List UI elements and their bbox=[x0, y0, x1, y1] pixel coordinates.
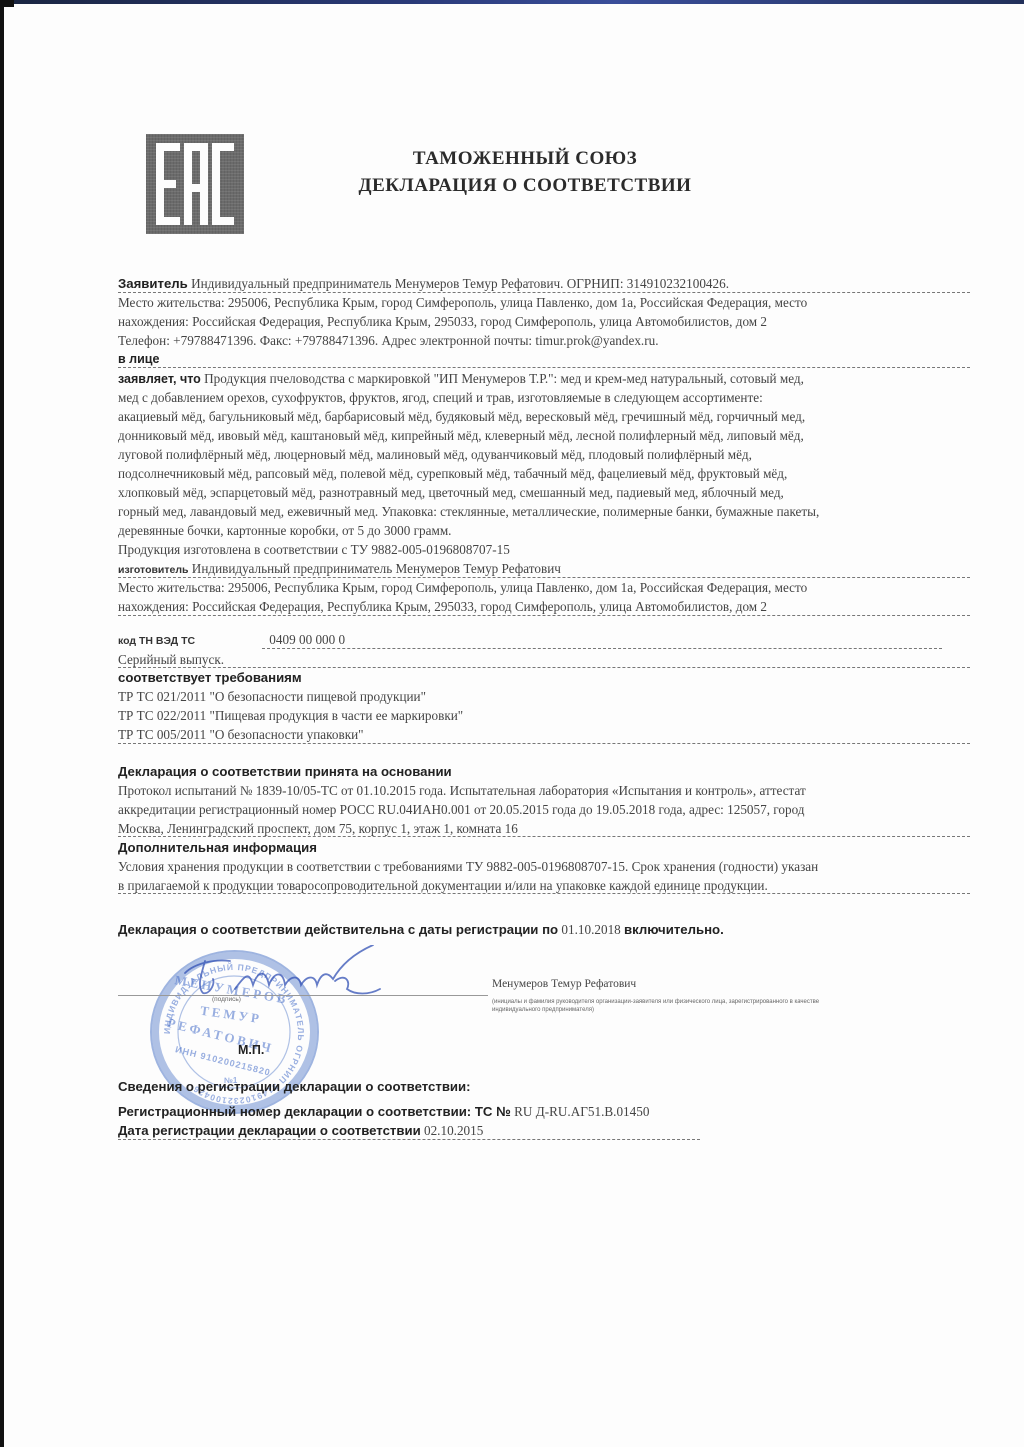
declaration-line-3: донниковый мёд, ивовый мёд, каштановый м… bbox=[118, 426, 804, 445]
registration-number-line: Регистрационный номер декларации о соотв… bbox=[118, 1102, 649, 1121]
applicant-contacts: Телефон: +79788471396. Факс: +7978847139… bbox=[118, 331, 659, 350]
divider bbox=[262, 648, 942, 649]
declaration-line-6: хлопковый мёд, эспарцетовый мёд, разнотр… bbox=[118, 483, 784, 502]
registration-number-value: RU Д-RU.АГ51.В.01450 bbox=[514, 1104, 649, 1119]
registration-heading: Сведения о регистрации декларации о соот… bbox=[118, 1077, 471, 1096]
requirement-item: ТР ТС 005/2011 "О безопасности упаковки" bbox=[118, 725, 364, 744]
registration-date-line: Дата регистрации декларации о соответств… bbox=[118, 1121, 483, 1140]
signer-caption-line1: (инициалы и фамилия руководителя организ… bbox=[492, 998, 819, 1006]
applicant-address-1: Место жительства: 295006, Республика Кры… bbox=[118, 293, 807, 312]
eac-logo-icon bbox=[146, 134, 244, 234]
basis-line-0: Протокол испытаний № 1839-10/05-ТС от 01… bbox=[118, 781, 806, 800]
validity-suffix: включительно. bbox=[624, 922, 724, 937]
applicant-address-2: нахождения: Российская Федерация, Респуб… bbox=[118, 312, 767, 331]
declaration-line-2: акациевый мёд, багульниковый мёд, барбар… bbox=[118, 407, 805, 426]
scan-corner bbox=[0, 0, 14, 7]
registration-date-label: Дата регистрации декларации о соответств… bbox=[118, 1123, 421, 1138]
title-line-customs-union: ТАМОЖЕННЫЙ СОЮЗ bbox=[300, 145, 750, 172]
declaration-line-7: горный мед, лавандовый мед, ежевичный ме… bbox=[118, 502, 819, 521]
validity-date: 01.10.2018 bbox=[561, 922, 620, 937]
requirements-heading: соответствует требованиям bbox=[118, 668, 302, 687]
additional-label: Дополнительная информация bbox=[118, 840, 317, 855]
scan-edge-top bbox=[0, 0, 1024, 4]
document-title: ТАМОЖЕННЫЙ СОЮЗ ДЕКЛАРАЦИЯ О СООТВЕТСТВИ… bbox=[300, 145, 750, 199]
divider bbox=[118, 1139, 700, 1140]
declaration-line-8: деревянные бочки, картонные коробки, от … bbox=[118, 521, 451, 540]
tnved-code: 0409 00 000 0 bbox=[269, 632, 345, 647]
declaration-line-4: луговой полифлёрный мёд, люцерновый мёд,… bbox=[118, 445, 752, 464]
represented-by-label: в лице bbox=[118, 352, 159, 366]
registration-number-label: Регистрационный номер декларации о соотв… bbox=[118, 1104, 511, 1119]
manufacturer-address-2: нахождения: Российская Федерация, Респуб… bbox=[118, 597, 767, 616]
registration-date-value: 02.10.2015 bbox=[424, 1123, 483, 1138]
requirement-item: ТР ТС 022/2011 "Пищевая продукция в част… bbox=[118, 706, 463, 725]
applicant-label: Заявитель bbox=[118, 276, 188, 291]
title-line-declaration: ДЕКЛАРАЦИЯ О СООТВЕТСТВИИ bbox=[300, 172, 750, 199]
declaration-text: Продукция пчеловодства с маркировкой "ИП… bbox=[204, 371, 804, 386]
validity-prefix: Декларация о соответствии действительна … bbox=[118, 922, 558, 937]
manufacturer-name: Индивидуальный предприниматель Менумеров… bbox=[192, 561, 561, 576]
declaration-line-1: мед с добавлением орехов, сухофруктов, ф… bbox=[118, 388, 763, 407]
tnved-label: код ТН ВЭД ТС bbox=[118, 632, 266, 651]
applicant-line: Заявитель Индивидуальный предприниматель… bbox=[118, 274, 729, 293]
requirements-label: соответствует требованиям bbox=[118, 670, 302, 685]
requirement-item: ТР ТС 021/2011 "О безопасности пищевой п… bbox=[118, 687, 426, 706]
signer-name: Менумеров Темур Рефатович bbox=[492, 975, 636, 994]
basis-line-1: аккредитации регистрационный номер РОСС … bbox=[118, 800, 805, 819]
basis-heading: Декларация о соответствии принята на осн… bbox=[118, 762, 452, 781]
declaration-line-5: подсолнечниковый мёд, рапсовый мёд, поле… bbox=[118, 464, 787, 483]
declaration-label: заявляет, что bbox=[118, 372, 201, 386]
declaration-line-0: заявляет, что Продукция пчеловодства с м… bbox=[118, 369, 804, 389]
handwritten-signature-icon bbox=[175, 945, 385, 1005]
divider bbox=[118, 836, 970, 837]
represented-by-line: в лице bbox=[118, 349, 159, 369]
registration-heading-text: Сведения о регистрации декларации о соот… bbox=[118, 1079, 471, 1094]
manufacturer-label: изготовитель bbox=[118, 564, 189, 576]
declaration-standard: Продукция изготовлена в соответствии с Т… bbox=[118, 540, 510, 559]
basis-label: Декларация о соответствии принята на осн… bbox=[118, 764, 452, 779]
divider bbox=[118, 367, 970, 368]
signer-caption-line2: индивидуального предпринимателя) bbox=[492, 1006, 819, 1014]
stamp-label: М.П. bbox=[238, 1043, 264, 1057]
applicant-name: Индивидуальный предприниматель Менумеров… bbox=[191, 276, 729, 291]
stamp-placeholder: М.П. bbox=[238, 1040, 264, 1060]
additional-line-0: Условия хранения продукции в соответстви… bbox=[118, 857, 818, 876]
scan-edge-left bbox=[0, 0, 4, 1447]
validity-line: Декларация о соответствии действительна … bbox=[118, 920, 724, 939]
divider bbox=[118, 615, 970, 616]
divider bbox=[118, 743, 970, 744]
manufacturer-address-1: Место жительства: 295006, Республика Кры… bbox=[118, 578, 807, 597]
divider bbox=[118, 893, 970, 894]
signer-caption: (инициалы и фамилия руководителя организ… bbox=[492, 998, 819, 1014]
additional-heading: Дополнительная информация bbox=[118, 838, 317, 857]
